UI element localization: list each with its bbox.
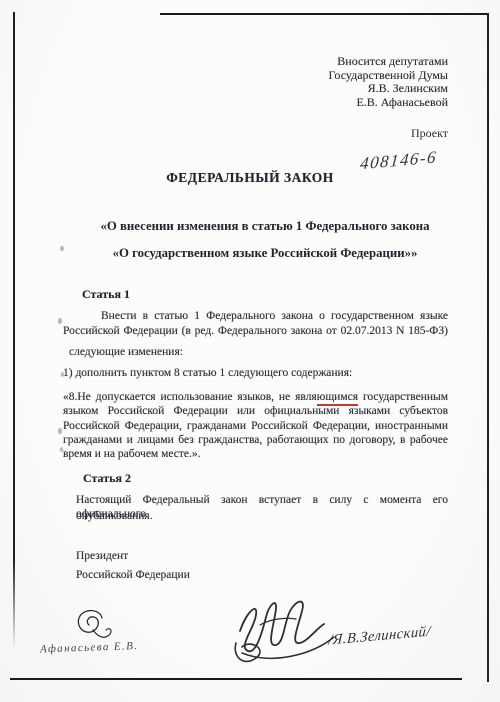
- quoted-clause-line: Российской Федерации, гражданами Российс…: [63, 419, 448, 433]
- quoted-clause-line: «8.Не допускается использование языков, …: [63, 390, 448, 404]
- quote-text-before-underline: «8.Не допускается использование языков, …: [63, 391, 317, 403]
- scan-speck: [61, 372, 64, 377]
- handwritten-bill-number: 408146-6: [359, 146, 455, 175]
- scan-speck: [58, 318, 62, 324]
- scan-border-top: [160, 13, 487, 15]
- quoted-clause-paragraph: «8.Не допускается использование языков, …: [63, 390, 448, 461]
- quoted-clause-line: языком Российской Федерации или официаль…: [63, 404, 448, 418]
- signatory-title-line2: Российской Федерации: [76, 568, 190, 582]
- article1-intro-line1: Внести в статью 1 Федерального закона о …: [63, 309, 448, 323]
- article1-intro-line2: Российской Федерации (в ред. Федеральног…: [63, 324, 448, 338]
- article1-amendment-item: 1) дополнить пунктом 8 статью 1 следующе…: [63, 366, 448, 380]
- article2-line: Настоящий Федеральный закон вступает в с…: [76, 493, 448, 509]
- draft-label: Проект: [328, 127, 448, 140]
- law-type-heading: ФЕДЕРАЛЬНЫЙ ЗАКОН: [0, 171, 500, 185]
- quoted-clause-line: гражданами и лицами без гражданства, раб…: [63, 433, 448, 447]
- submission-line: Е.В. Афанасьевой: [228, 96, 448, 109]
- submission-line: Я.В. Зелинским: [228, 82, 448, 95]
- quoted-clause-line: время и на рабочем месте.».: [63, 447, 448, 461]
- afanaseva-handwritten-name: Афанасьева Е.В.: [40, 639, 180, 656]
- scan-speck: [58, 428, 62, 434]
- law-title-line: «О внесении изменения в статью 1 Федерал…: [30, 219, 500, 234]
- submission-line: Государственной Думы: [228, 69, 448, 82]
- scan-speck: [60, 246, 64, 251]
- scan-border-left: [13, 12, 15, 648]
- law-title: «О внесении изменения в статью 1 Федерал…: [30, 219, 500, 272]
- submission-block: Вносится депутатами Государственной Думы…: [228, 55, 448, 109]
- submission-line: Вносится депутатами: [228, 55, 448, 68]
- article2-heading: Статья 2: [83, 471, 131, 485]
- article2-line: опубликования.: [76, 509, 448, 525]
- scanned-document-page: Вносится депутатами Государственной Думы…: [0, 0, 500, 702]
- article1-heading: Статья 1: [82, 287, 130, 301]
- article1-intro-line3: следующие изменения:: [63, 345, 448, 359]
- scan-border-right: [487, 13, 489, 682]
- quote-text-after-underline: государственным: [358, 391, 448, 403]
- afanaseva-signature-flourish-icon: [72, 606, 118, 642]
- signatory-title-line1: Президент: [76, 549, 128, 563]
- law-title-line: «О государственном языке Российской Феде…: [30, 246, 500, 261]
- scan-speck: [60, 447, 63, 452]
- scan-border-bottom: [10, 678, 462, 680]
- article2-paragraph: Настоящий Федеральный закон вступает в с…: [76, 493, 448, 524]
